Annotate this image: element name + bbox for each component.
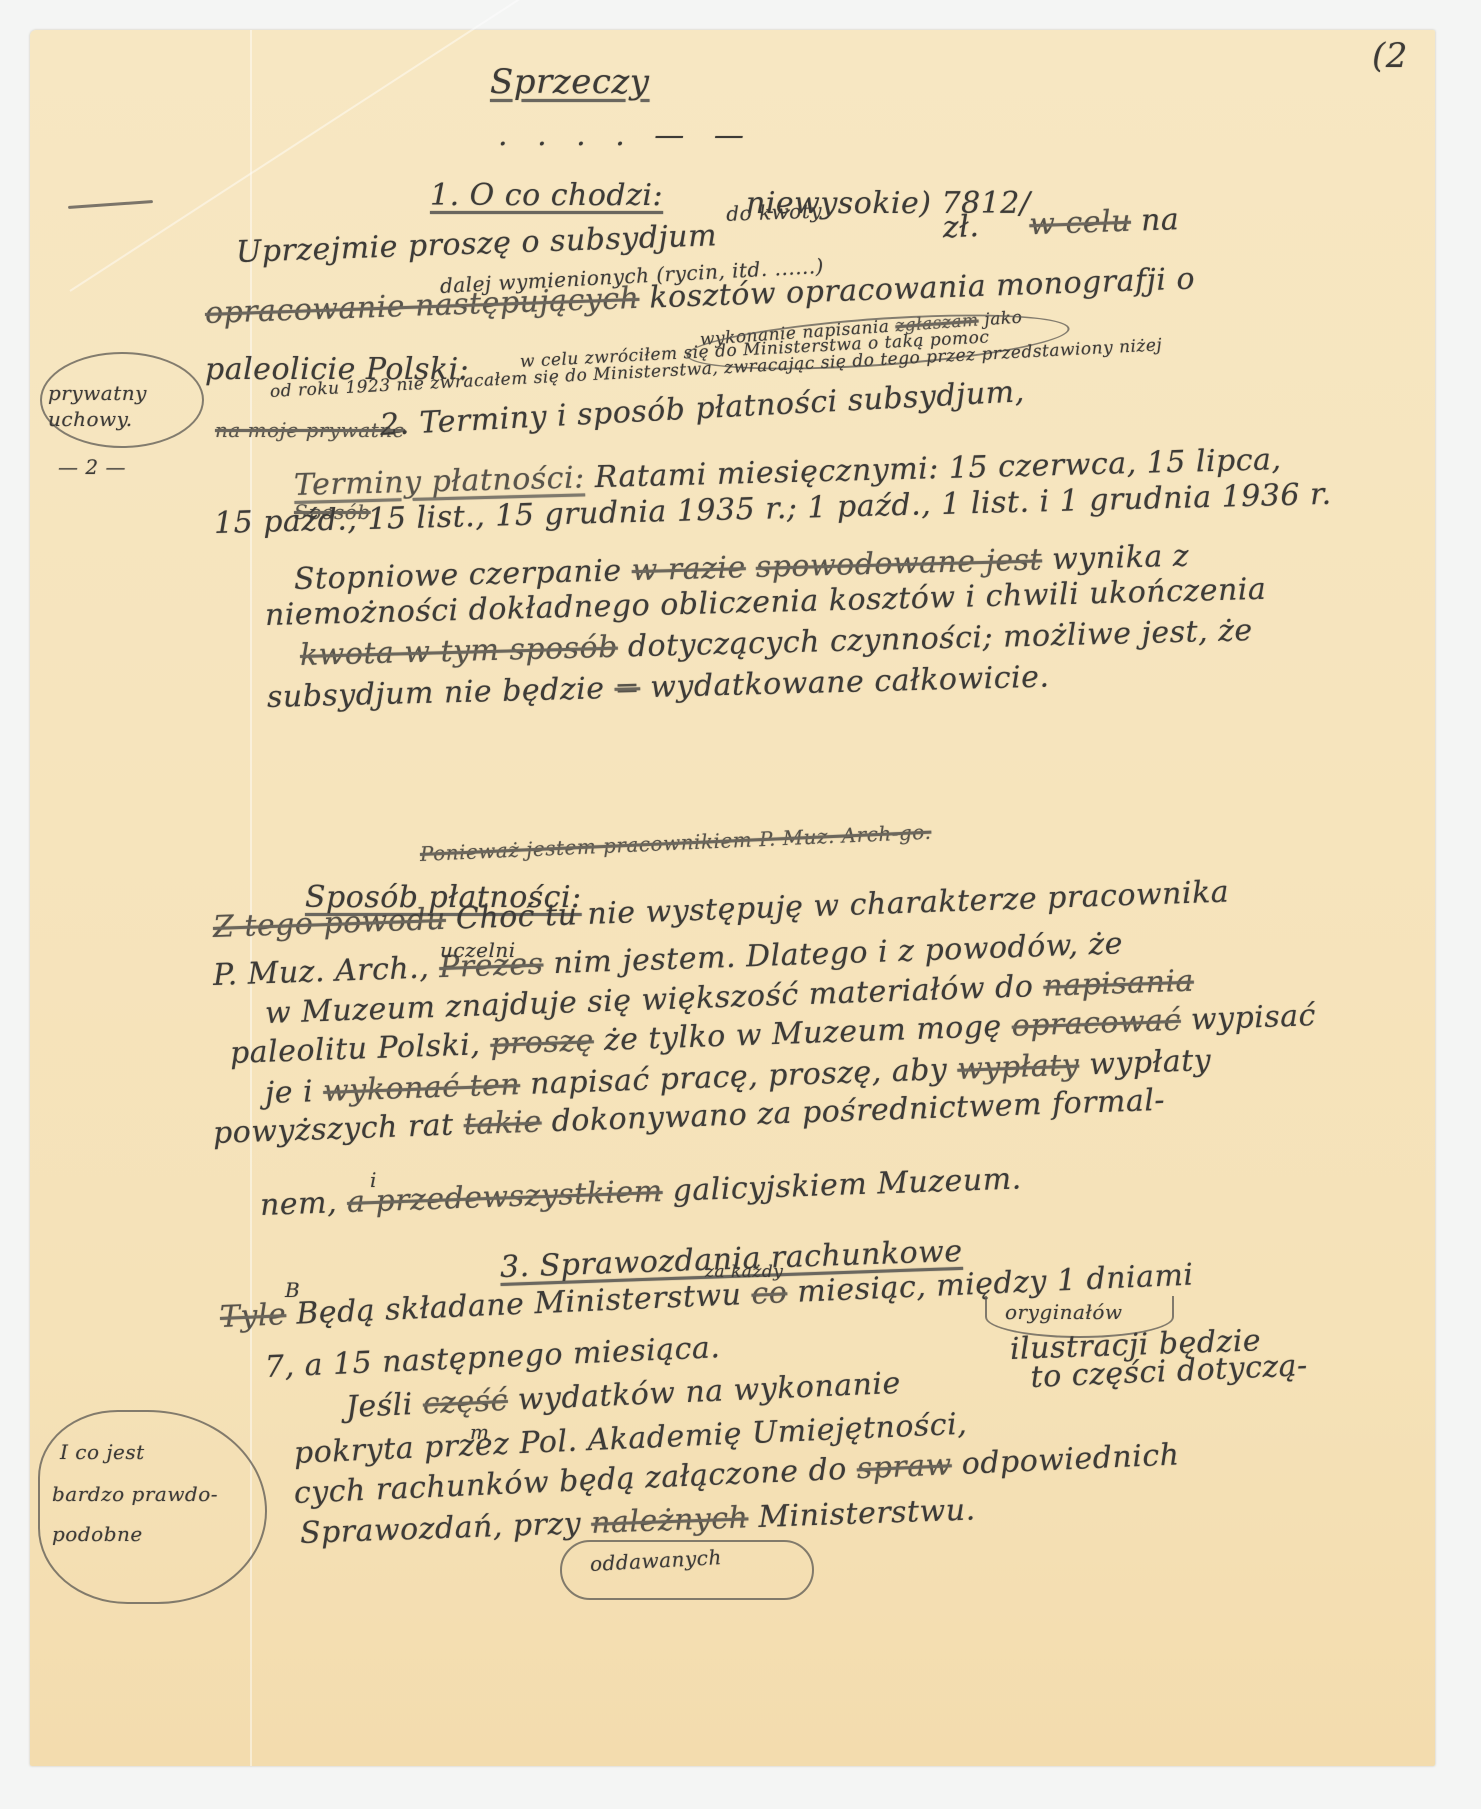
title-dots: . . . . — —: [498, 118, 754, 153]
s4-line-5-struck: spraw: [856, 1447, 952, 1486]
s4-line-3-struck: część: [422, 1383, 509, 1422]
s3-line-3-struck: napisania: [1043, 964, 1195, 1004]
page-marker: — 2 —: [58, 455, 126, 479]
s3-line-5-struck: wykonać ten: [323, 1067, 521, 1109]
document-title: Sprzeczy: [490, 62, 650, 102]
s1-line-1-end: na: [1140, 202, 1179, 238]
s3-line-4-struck: proszę: [490, 1023, 595, 1062]
s3-line-5c: wypłaty: [1089, 1043, 1212, 1082]
margin-note-1: prywatny uchowy.: [48, 380, 188, 432]
margin-note-2-line-1: I co jest: [60, 1440, 145, 1464]
s4-line-6-struck: należnych: [591, 1500, 749, 1540]
s2-line-3-struck: w razie: [631, 550, 746, 588]
s3-line-4c: wypisać: [1190, 998, 1316, 1037]
s1-line-1-tail: zł.: [942, 209, 980, 245]
s1-line-6-struck: na moje prywatne: [215, 418, 405, 442]
s3-line-2-struck: Prezes: [439, 946, 544, 985]
margin-note-2-line-3: podobne: [52, 1522, 143, 1546]
s3-line-5-struck-2: wypłaty: [957, 1048, 1080, 1087]
section-1-heading: 1. O co chodzi:: [430, 178, 663, 213]
s1-line-1-struck: w celu: [1029, 204, 1132, 243]
s3-line-5-text: je i: [264, 1074, 313, 1111]
s2-line-6-struck: =: [614, 670, 641, 706]
s1-line-1-insert: do kwoty: [726, 199, 823, 226]
s4-line-3-text: Jeśli: [345, 1387, 413, 1425]
s2-line-3-end: wynika z: [1052, 539, 1190, 578]
s4-line-1-struck: co: [751, 1275, 788, 1312]
s3-line-6-struck: takie: [463, 1105, 542, 1143]
s4-line-1-prefix-struck: Tyle: [219, 1297, 287, 1335]
margin-note-2-line-2: bardzo prawdo-: [52, 1482, 218, 1506]
s3-line-4-struck-2: opracować: [1011, 1003, 1181, 1044]
page-number: (2: [1372, 36, 1408, 76]
s4-insert-B: B: [285, 1278, 300, 1302]
s3-line-7-text: nem,: [259, 1185, 337, 1223]
